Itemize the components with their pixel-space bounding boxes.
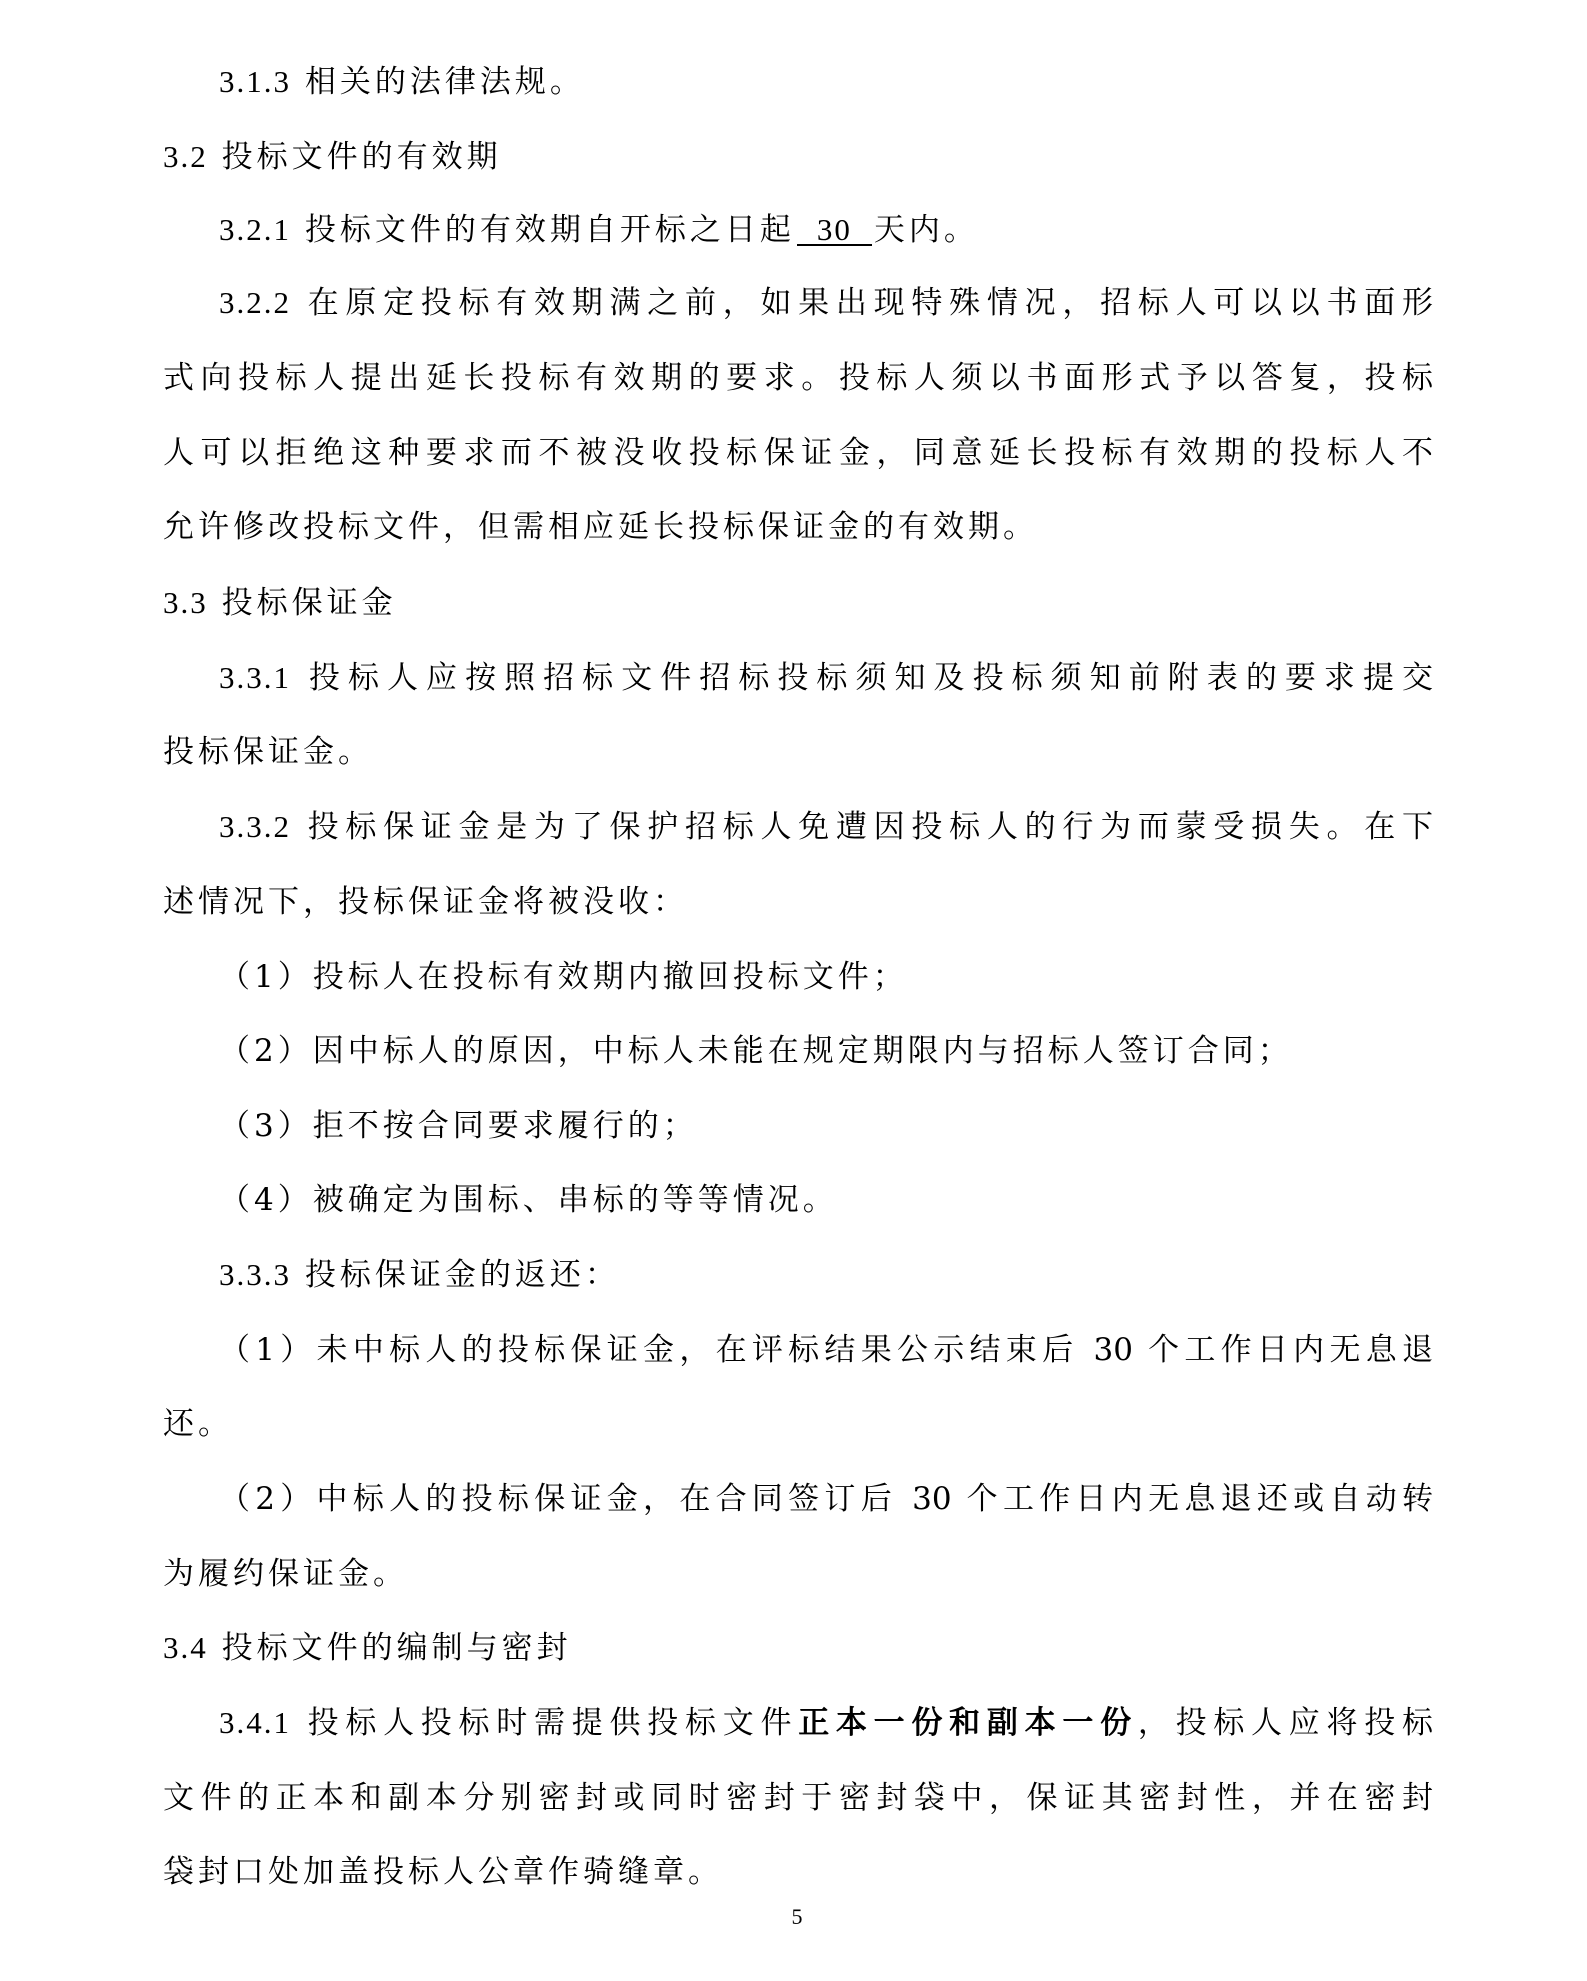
clause-3-2-2-line-3: 人可以拒绝这种要求而不被没收投标保证金，同意延长投标有效期的投标人不: [163, 433, 1433, 473]
clause-text: 袋封口处加盖投标人公章作骑缝章。: [163, 1854, 723, 1890]
clause-text: 相关的法律法规。: [305, 64, 585, 100]
page-number: 5: [777, 1902, 817, 1932]
clause-3-2-2-line-1: 3.2.2 在原定投标有效期满之前，如果出现特殊情况，招标人可以以书面形: [219, 283, 1433, 323]
clause-text: 式向投标人提出延长投标有效期的要求。投标人须以书面形式予以答复，投标: [163, 360, 1433, 396]
section-heading-3-4: 3.4 投标文件的编制与密封: [163, 1628, 1433, 1668]
clause-text: 述情况下，投标保证金将被没收：: [163, 884, 688, 920]
clause-number: 3.3.3: [219, 1257, 291, 1292]
clause-number: 3.2.1: [219, 212, 291, 247]
clause-3-3-2-line-1: 3.3.2 投标保证金是为了保护招标人免遭因投标人的行为而蒙受损失。在下: [219, 807, 1433, 847]
list-item-text: （3）拒不按合同要求履行的；: [219, 1108, 698, 1144]
clause-3-3-1-line-1: 3.3.1 投标人应按照招标文件招标投标须知及投标须知前附表的要求提交: [219, 658, 1433, 698]
list-item-text: （2）因中标人的原因，中标人未能在规定期限内与招标人签订合同；: [219, 1033, 1293, 1069]
forfeit-item-4: （4）被确定为围标、串标的等等情况。: [219, 1180, 1433, 1220]
list-item-text: （1）未中标人的投标保证金，在评标结果公示结束后 30 个工作日内无息退: [219, 1332, 1433, 1368]
clause-text-after: 天内。: [874, 212, 979, 248]
clause-text-before: 投标文件的有效期自开标之日起: [305, 212, 795, 248]
section-title: 投标文件的有效期: [222, 139, 502, 175]
clause-number: 3.3.1: [219, 660, 291, 695]
clause-3-3-1-line-2: 投标保证金。: [163, 732, 1433, 772]
clause-3-4-1-line-1: 3.4.1 投标人投标时需提供投标文件正本一份和副本一份，投标人应将投标: [219, 1703, 1433, 1743]
list-item-text: 为履约保证金。: [163, 1556, 408, 1592]
clause-3-2-2-line-4: 允许修改投标文件，但需相应延长投标保证金的有效期。: [163, 507, 1433, 547]
clause-title: 投标保证金的返还：: [305, 1257, 620, 1293]
clause-text-after: ，投标人应将投标: [1138, 1705, 1433, 1741]
clause-text: 文件的正本和副本分别密封或同时密封于密封袋中，保证其密封性，并在密封: [163, 1780, 1433, 1816]
copies-requirement-bold: 正本一份和副本一份: [798, 1705, 1138, 1741]
clause-3-4-1-line-2: 文件的正本和副本分别密封或同时密封于密封袋中，保证其密封性，并在密封: [163, 1778, 1433, 1818]
section-heading-3-3: 3.3 投标保证金: [163, 583, 1433, 623]
clause-text: 人可以拒绝这种要求而不被没收投标保证金，同意延长投标有效期的投标人不: [163, 435, 1433, 471]
clause-text: 允许修改投标文件，但需相应延长投标保证金的有效期。: [163, 509, 1038, 545]
clause-text: 在原定投标有效期满之前，如果出现特殊情况，招标人可以以书面形: [308, 285, 1433, 321]
section-number: 3.2: [163, 139, 208, 174]
refund-item-2-line-2: 为履约保证金。: [163, 1554, 1433, 1594]
list-item-text: （4）被确定为围标、串标的等等情况。: [219, 1182, 838, 1218]
clause-text: 投标保证金。: [163, 734, 373, 770]
refund-item-1-line-1: （1）未中标人的投标保证金，在评标结果公示结束后 30 个工作日内无息退: [219, 1330, 1433, 1370]
clause-text: 投标保证金是为了保护招标人免遭因投标人的行为而蒙受损失。在下: [308, 809, 1433, 845]
clause-number: 3.4.1: [219, 1705, 291, 1740]
clause-number: 3.2.2: [219, 285, 291, 320]
clause-3-2-1: 3.2.1 投标文件的有效期自开标之日起30天内。: [219, 210, 1433, 250]
list-item-text: （2）中标人的投标保证金，在合同签订后 30 个工作日内无息退还或自动转: [219, 1481, 1433, 1517]
refund-item-2-line-1: （2）中标人的投标保证金，在合同签订后 30 个工作日内无息退还或自动转: [219, 1479, 1433, 1519]
clause-3-1-3: 3.1.3 相关的法律法规。: [219, 62, 1433, 102]
forfeit-item-3: （3）拒不按合同要求履行的；: [219, 1106, 1433, 1146]
clause-text: 投标人应按照招标文件招标投标须知及投标须知前附表的要求提交: [309, 660, 1433, 696]
clause-3-3-2-line-2: 述情况下，投标保证金将被没收：: [163, 882, 1433, 922]
list-item-text: 还。: [163, 1406, 233, 1442]
forfeit-item-1: （1）投标人在投标有效期内撤回投标文件；: [219, 957, 1433, 997]
section-number: 3.3: [163, 585, 208, 620]
clause-3-3-3: 3.3.3 投标保证金的返还：: [219, 1255, 1433, 1295]
section-title: 投标保证金: [222, 585, 397, 621]
clause-3-2-2-line-2: 式向投标人提出延长投标有效期的要求。投标人须以书面形式予以答复，投标: [163, 358, 1433, 398]
list-item-text: （1）投标人在投标有效期内撤回投标文件；: [219, 959, 908, 995]
clause-number: 3.3.2: [219, 809, 291, 844]
document-page: 3.1.3 相关的法律法规。 3.2 投标文件的有效期 3.2.1 投标文件的有…: [0, 0, 1587, 1981]
clause-number: 3.1.3: [219, 64, 291, 99]
forfeit-item-2: （2）因中标人的原因，中标人未能在规定期限内与招标人签订合同；: [219, 1031, 1433, 1071]
section-heading-3-2: 3.2 投标文件的有效期: [163, 137, 1433, 177]
clause-text-before: 投标人投标时需提供投标文件: [308, 1705, 799, 1741]
refund-item-1-line-2: 还。: [163, 1404, 1433, 1444]
section-title: 投标文件的编制与密封: [222, 1630, 572, 1666]
section-number: 3.4: [163, 1630, 208, 1665]
validity-days-blank: 30: [797, 210, 872, 246]
clause-3-4-1-line-3: 袋封口处加盖投标人公章作骑缝章。: [163, 1852, 1433, 1892]
